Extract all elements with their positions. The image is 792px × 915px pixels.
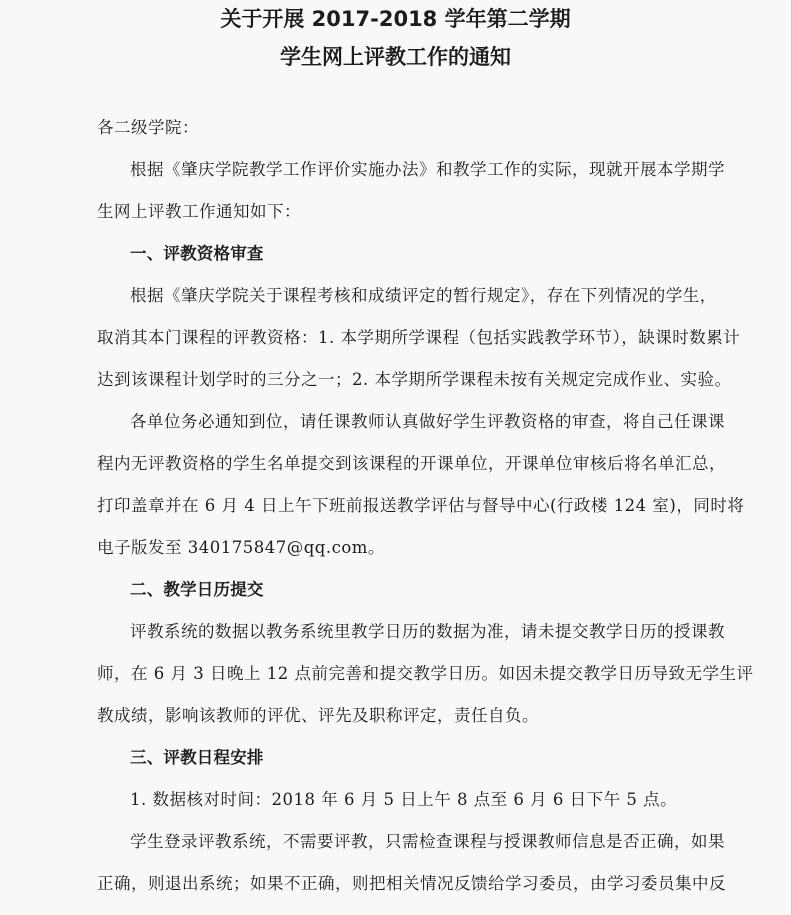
section-3-line: 正确，则退出系统；如果不正确，则把相关情况反馈给学习委员，由学习委员集中反 (97, 863, 707, 905)
section-1-line: 程内无评教资格的学生名单提交到该课程的开课单位，开课单位审核后将名单汇总， (97, 443, 707, 485)
document-title-line-1: 关于开展 2017-2018 学年第二学期 (84, 0, 707, 38)
intro-paragraph-line: 生网上评教工作通知如下： (97, 191, 707, 233)
section-1-line: 取消其本门课程的评教资格：1. 本学期所学课程（包括实践教学环节），缺课时数累计 (97, 317, 707, 359)
section-3-line: 学生登录评教系统，不需要评教，只需检查课程与授课教师信息是否正确，如果 (97, 821, 707, 863)
document-page: 关于开展 2017-2018 学年第二学期 学生网上评教工作的通知 各二级学院：… (0, 0, 792, 915)
section-1-line: 电子版发至 340175847@qq.com。 (97, 527, 707, 569)
section-1-line: 打印盖章并在 6 月 4 日上午下班前报送教学评估与督导中心(行政楼 124 室… (97, 485, 707, 527)
document-title-line-2: 学生网上评教工作的通知 (84, 38, 707, 76)
section-1-line: 各单位务必通知到位，请任课教师认真做好学生评教资格的审查，将自己任课课 (97, 401, 707, 443)
section-heading-3: 三、评教日程安排 (97, 737, 707, 779)
section-2-line: 教成绩，影响该教师的评优、评先及职称评定，责任自负。 (97, 695, 707, 737)
section-1-line: 根据《肇庆学院关于课程考核和成绩评定的暂行规定》，存在下列情况的学生， (97, 275, 707, 317)
document-body: 各二级学院： 根据《肇庆学院教学工作评价实施办法》和教学工作的实际，现就开展本学… (97, 107, 707, 905)
document-title: 关于开展 2017-2018 学年第二学期 学生网上评教工作的通知 (84, 0, 707, 76)
section-heading-2: 二、教学日历提交 (97, 569, 707, 611)
intro-paragraph-line: 根据《肇庆学院教学工作评价实施办法》和教学工作的实际，现就开展本学期学 (97, 149, 707, 191)
section-2-line: 师，在 6 月 3 日晚上 12 点前完善和提交教学日历。如因未提交教学日历导致… (97, 653, 707, 695)
salutation-line: 各二级学院： (97, 107, 707, 149)
section-3-line: 1. 数据核对时间：2018 年 6 月 5 日上午 8 点至 6 月 6 日下… (97, 779, 707, 821)
section-1-line: 达到该课程计划学时的三分之一；2. 本学期所学课程未按有关规定完成作业、实验。 (97, 359, 707, 401)
section-heading-1: 一、评教资格审查 (97, 233, 707, 275)
section-2-line: 评教系统的数据以教务系统里教学日历的数据为准，请未提交教学日历的授课教 (97, 611, 707, 653)
